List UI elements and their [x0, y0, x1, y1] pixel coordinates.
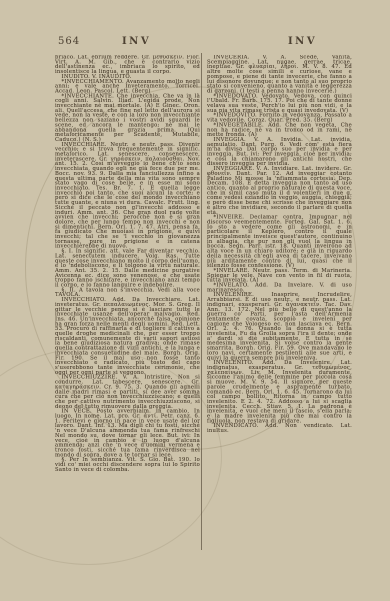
dictionary-paragraph: INVECCHIATO. Add. Da Invecchiare. Lat. i… [55, 298, 200, 376]
column-left-text: briaco. Lat. ebrium reddere. Gr. μεθύσκε… [55, 55, 200, 472]
dictionary-paragraph: *INVELARE. Neutr. pass. Term. di Mariner… [207, 268, 352, 283]
dictionary-paragraph: INVECCHIARE. Neutr. e neutr. pass. Diven… [55, 142, 200, 249]
column-divider [201, 53, 202, 550]
dictionary-paragraph: *INVEDOVATO. Vedovato. Vedova, con quinc… [207, 94, 352, 113]
dictionary-paragraph: IN VECE. Posto avverbialm. In cambio, In… [55, 409, 200, 458]
dictionary-paragraph: INVENDICATO. Add. Non vendicato. Lat. in… [207, 424, 352, 434]
column-right-text: INVECERIA. V. A. Scede, Vanità, Scempiag… [207, 55, 352, 433]
dictionary-paragraph: *INVEIRE. Declamar contra, Impugnar nel … [207, 215, 352, 268]
scanned-dictionary-page: 564 INV INV briaco. Lat. ebrium reddere.… [0, 0, 390, 601]
dictionary-paragraph: *INVEGETABILE. Add. Che non vegeta, Che … [207, 123, 352, 138]
dictionary-paragraph: INVELENIRE. Inasprire, Incrudelire, Arra… [207, 293, 352, 361]
running-head-right: INV [288, 36, 317, 47]
dictionary-paragraph: INVECCHIUZZIRE. V. A. Intristire, Non si… [55, 375, 200, 409]
column-left: briaco. Lat. ebrium reddere. Gr. μεθύσκε… [55, 55, 200, 549]
dictionary-paragraph: INVEGGIA. V. A. Invidia. Lat. invidia, a… [207, 137, 352, 166]
dictionary-paragraph: §. I. In signific. att. vale Far diventa… [55, 249, 200, 288]
running-head-left: INV [122, 36, 151, 47]
dictionary-paragraph: INVECERIA. V. A. Scede, Vanità, Scempiag… [207, 55, 352, 94]
page-header: 564 INV INV [0, 36, 390, 50]
dictionary-paragraph: *INVECCHIAMENTO. Avanzamento molto negli… [55, 79, 200, 94]
dictionary-paragraph: INVELENITO. Add. Da Invelenire. Lat. ind… [207, 361, 352, 424]
dictionary-paragraph: briaco. Lat. ebrium reddere. Gr. μεθύσκε… [55, 55, 200, 74]
dictionary-paragraph: INVEGGIARE. V. A. Invidiare. Lat. invide… [207, 167, 352, 216]
dictionary-paragraph: *INVECCHIANTE. Che invecchia, Che va in … [55, 94, 200, 143]
dictionary-paragraph: §. Per In sembianza. Vit. S. Gio. Bat. 1… [55, 458, 200, 473]
column-right: INVECERIA. V. A. Scede, Vanità, Scempiag… [207, 55, 352, 549]
page-number: 564 [58, 36, 80, 47]
